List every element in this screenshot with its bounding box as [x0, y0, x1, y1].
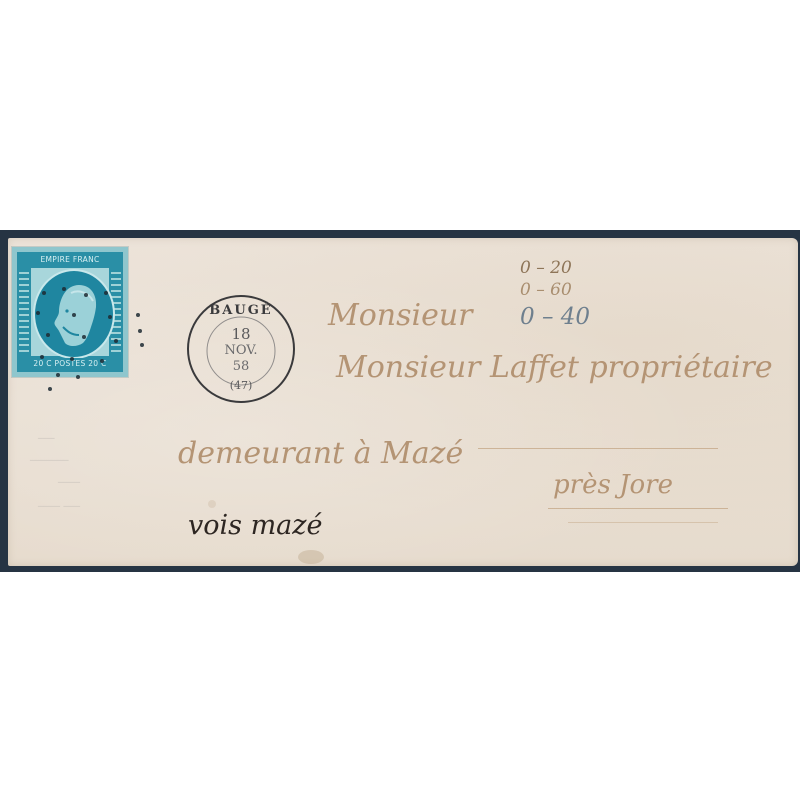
stamp-field — [31, 268, 109, 356]
postmark-month: NOV. — [185, 343, 297, 358]
rate-notation: 0 – 20 — [520, 258, 572, 278]
underline-stroke — [568, 522, 718, 523]
address-line-3: demeurant à Mazé — [178, 436, 463, 471]
rate-notation: 0 – 60 — [520, 280, 572, 300]
cancel-dot — [138, 329, 142, 333]
cancel-dot — [84, 293, 88, 297]
rate-notation: 0 – 40 — [520, 304, 590, 330]
stamp-top-label: EMPIRE FRANC — [17, 254, 123, 266]
stamp-frame: EMPIRE FRANC 20 C POSTES 20 C — [17, 252, 123, 372]
cancel-dot — [40, 355, 44, 359]
cancel-dot — [114, 339, 118, 343]
underline-stroke — [548, 508, 728, 509]
cancel-dot — [62, 287, 66, 291]
postmark: BAUGÉ 18 NOV. 58 (47) — [185, 293, 297, 405]
underline-stroke — [478, 448, 718, 449]
cancel-dot — [70, 357, 74, 361]
cancel-dot — [76, 375, 80, 379]
postmark-town: BAUGÉ — [185, 303, 297, 318]
pencil-note: ____ — [58, 470, 80, 483]
cancel-dot — [46, 333, 50, 337]
pencil-note: _______ — [30, 448, 69, 461]
cancel-dot — [56, 373, 60, 377]
cancel-dot — [36, 311, 40, 315]
portrait-icon — [49, 281, 103, 351]
envelope: EMPIRE FRANC 20 C POSTES 20 C — [8, 238, 798, 566]
address-line-2: Monsieur Laffet propriétaire — [336, 350, 773, 385]
stamp-side-ornament — [19, 268, 29, 356]
pencil-note: ____ ___ — [38, 494, 80, 507]
paper-stain — [208, 500, 216, 508]
paper-stain — [298, 550, 324, 564]
cancel-dot — [108, 315, 112, 319]
cancel-dot — [82, 335, 86, 339]
postmark-day: 18 — [185, 325, 297, 343]
cancel-dot — [42, 291, 46, 295]
cancel-dot — [104, 291, 108, 295]
annotation-note: vois mazé — [188, 510, 323, 541]
postmark-year: 58 — [185, 359, 297, 374]
cancel-dot — [100, 359, 104, 363]
cancel-dot — [140, 343, 144, 347]
cancel-dot — [136, 313, 140, 317]
cancel-dot — [72, 313, 76, 317]
address-line-4: près Jore — [553, 470, 673, 500]
pencil-note: ___ — [38, 426, 55, 439]
postmark-department: (47) — [185, 379, 297, 392]
address-line-1: Monsieur — [328, 298, 473, 333]
postage-stamp: EMPIRE FRANC 20 C POSTES 20 C — [12, 247, 128, 377]
cancel-dot — [48, 387, 52, 391]
